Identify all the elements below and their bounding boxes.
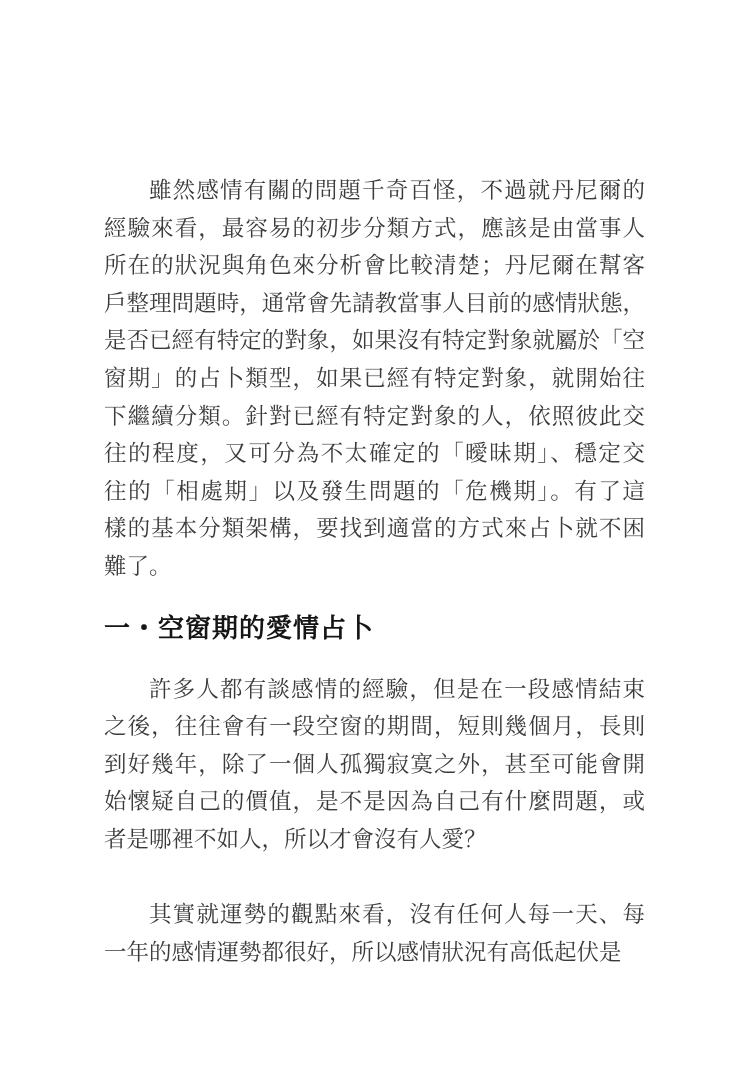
text-line: 其實就運勢的觀點來看，沒有任何人每一天、每 (104, 896, 645, 934)
section-heading: 一・空窗期的愛情占卜 (104, 611, 645, 645)
intro-paragraph: 雖然感情有關的問題千奇百怪，不過就丹尼爾的經驗來看，最容易的初步分類方式，應該是… (104, 172, 645, 586)
text-line: 之後，往往會有一段空窗的期間，短則幾個月，長則 (104, 708, 645, 746)
text-content: 雖然感情有關的問題千奇百怪，不過就丹尼爾的經驗來看，最容易的初步分類方式，應該是… (104, 172, 645, 971)
text-line: 所在的狀況與角色來分析會比較清楚；丹尼爾在幫客 (104, 247, 645, 285)
text-line: 戶整理問題時，通常會先請教當事人目前的感情狀態， (104, 285, 645, 323)
text-line: 到好幾年，除了一個人孤獨寂寞之外，甚至可能會開 (104, 746, 645, 784)
text-line: 是否已經有特定的對象，如果沒有特定對象就屬於「空 (104, 322, 645, 360)
text-line: 雖然感情有關的問題千奇百怪，不過就丹尼爾的 (104, 172, 645, 210)
text-line: 窗期」的占卜類型，如果已經有特定對象，就開始往 (104, 360, 645, 398)
text-line: 經驗來看，最容易的初步分類方式，應該是由當事人 (104, 210, 645, 248)
text-line: 一年的感情運勢都很好，所以感情狀況有高低起伏是 (104, 934, 645, 972)
text-line: 許多人都有談感情的經驗，但是在一段感情結束 (104, 671, 645, 709)
text-line: 始懷疑自己的價值，是不是因為自己有什麼問題，或 (104, 783, 645, 821)
text-line: 難了。 (104, 548, 645, 586)
text-line: 下繼續分類。針對已經有特定對象的人，依照彼此交 (104, 398, 645, 436)
text-line: 往的程度，又可分為不太確定的「曖昧期」、穩定交 (104, 435, 645, 473)
paragraph-3: 其實就運勢的觀點來看，沒有任何人每一天、每一年的感情運勢都很好，所以感情狀況有高… (104, 896, 645, 971)
text-line: 者是哪裡不如人，所以才會沒有人愛？ (104, 821, 645, 859)
text-line: 往的「相處期」以及發生問題的「危機期」。有了這 (104, 473, 645, 511)
book-page: 雖然感情有關的問題千奇百怪，不過就丹尼爾的經驗來看，最容易的初步分類方式，應該是… (0, 0, 747, 1077)
paragraph-2: 許多人都有談感情的經驗，但是在一段感情結束之後，往往會有一段空窗的期間，短則幾個… (104, 671, 645, 859)
text-line: 樣的基本分類架構，要找到適當的方式來占卜就不困 (104, 510, 645, 548)
